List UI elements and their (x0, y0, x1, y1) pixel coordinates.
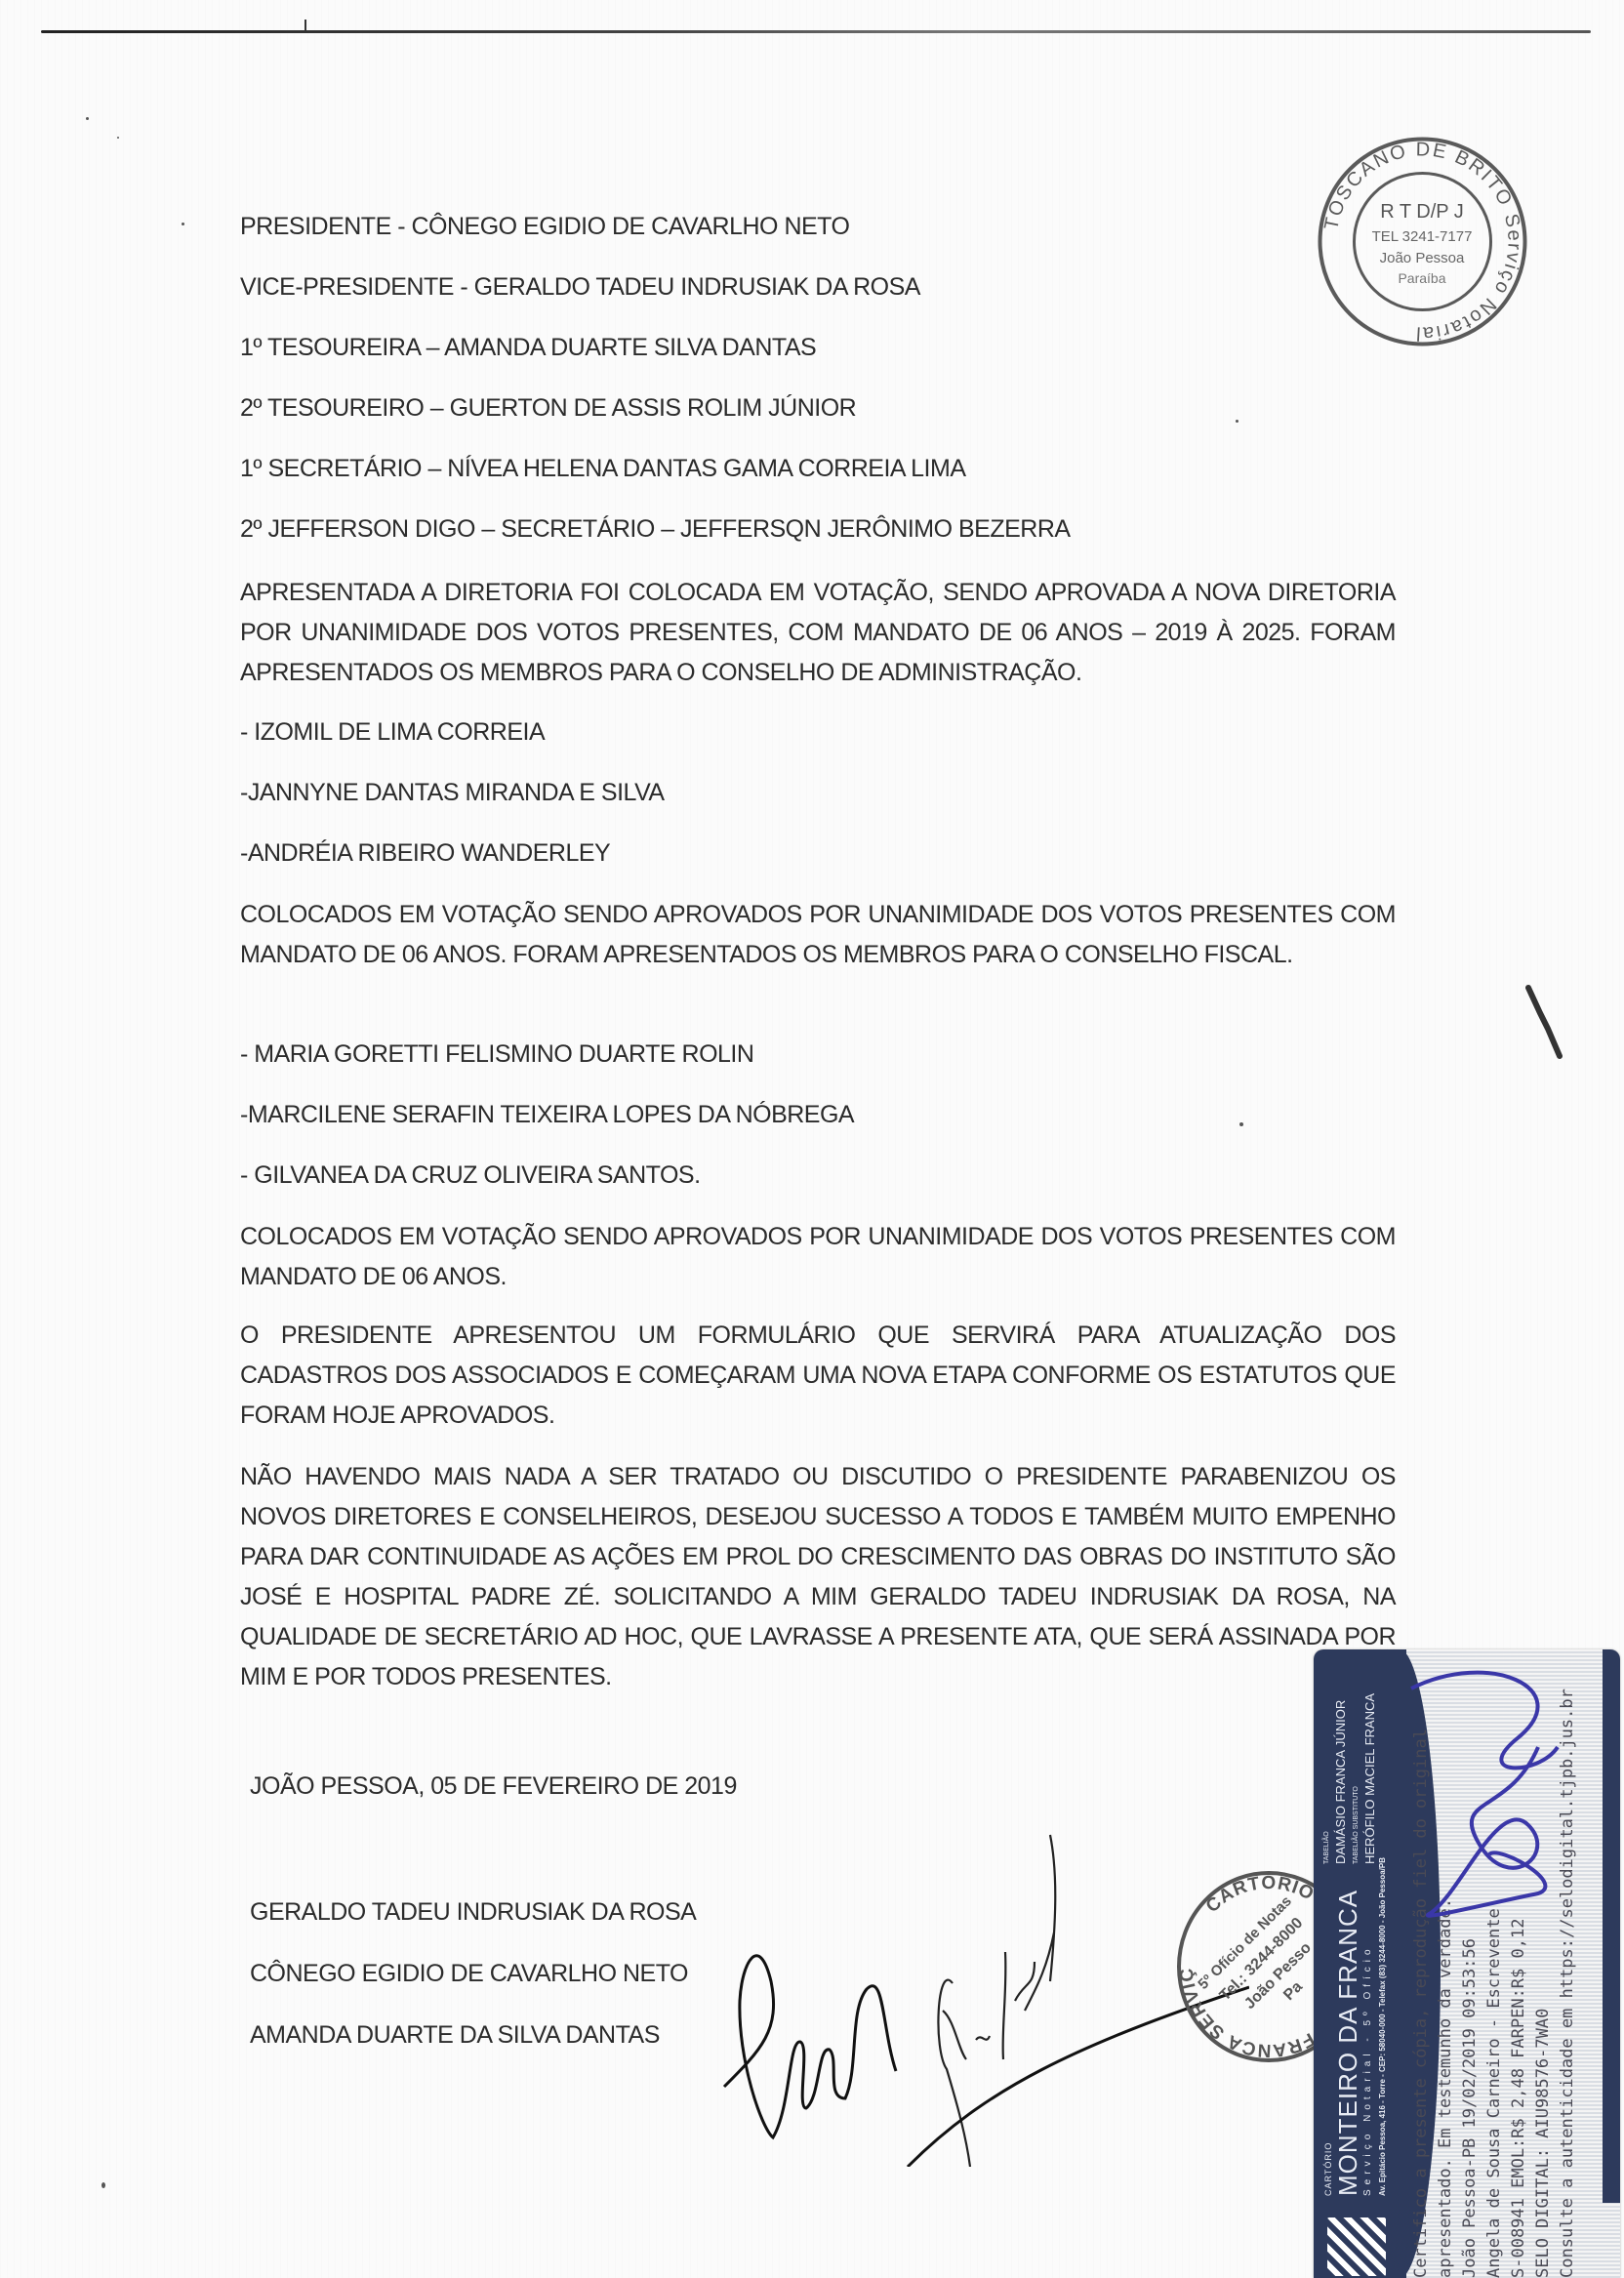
officer-line: 1º TESOUREIRA – AMANDA DUARTE SILVA DANT… (240, 334, 816, 362)
rtd-stamp-line: TEL 3241-7177 (1372, 228, 1473, 245)
seal-substituto-label: TABELIÃO SUBSTITUTO (1353, 1786, 1360, 1864)
signatory-name: GERALDO TADEU INDRUSIAK DA ROSA (250, 1898, 696, 1927)
admin-council-member: -JANNYNE DANTAS MIRANDA E SILVA (240, 779, 665, 807)
seal-auth-line: João Pessoa-PB 19/02/2019 09:53:56 (1460, 1938, 1480, 2278)
seal-auth-line: SELO DIGITAL: AIU98576-7WA0 (1533, 2009, 1553, 2278)
scan-speck (117, 137, 119, 139)
rtd-stamp-line: João Pessoa (1380, 250, 1465, 266)
scan-speck (1239, 1122, 1243, 1126)
fiscal-council-member: -MARCILENE SERAFIN TEIXEIRA LOPES DA NÓB… (240, 1101, 854, 1129)
seal-brand: MONTEIRO DA FRANCA (1333, 1890, 1363, 2196)
notary-stamp-line: Pa (1280, 1978, 1306, 2004)
fiscal-council-member: - GILVANEA DA CRUZ OLIVEIRA SANTOS. (240, 1161, 701, 1190)
paragraph-fiscal-council-approval: COLOCADOS EM VOTAÇÃO SENDO APROVADOS POR… (240, 1217, 1396, 1297)
officer-line: 2º TESOUREIRO – GUERTON DE ASSIS ROLIM J… (240, 394, 856, 423)
scan-speck (101, 2182, 105, 2188)
seal-auth-line: apresentado. Em testemunho da verdade. (1436, 1898, 1455, 2278)
officer-line: VICE-PRESIDENTE - GERALDO TADEU INDRUSIA… (240, 273, 920, 302)
scan-speck (86, 117, 89, 120)
scan-speck (182, 223, 184, 225)
rtd-stamp-line: Paraíba (1398, 270, 1445, 286)
admin-council-member: - IZOMIL DE LIMA CORREIA (240, 718, 545, 747)
seal-tabeliao-label: TABELIÃO (1323, 1831, 1330, 1864)
ink-smudge (1522, 984, 1571, 1062)
paragraph-registration-form: O PRESIDENTE APRESENTOU UM FORMULÁRIO QU… (240, 1316, 1396, 1436)
seal-auth-line: S-008941 EMOL:R$ 2,48 FARPEN:R$ 0,12 (1509, 1919, 1528, 2278)
fiscal-council-member: - MARIA GORETTI FELISMINO DUARTE ROLIN (240, 1040, 753, 1069)
place-and-date: JOÃO PESSOA, 05 DE FEVEREIRO DE 2019 (250, 1772, 737, 1801)
seal-address: Av. Epitácio Pessoa, 416 - Torre - CEP: … (1378, 1857, 1387, 2196)
seal-tabeliao: DAMÁSIO FRANCA JÚNIOR (1333, 1700, 1348, 1864)
notary-authentication-seal: CARTÓRIO MONTEIRO DA FRANCA Serviço Nota… (1314, 1649, 1620, 2278)
pen-initials (1392, 1649, 1616, 1942)
paragraph-closing: NÃO HAVENDO MAIS NADA A SER TRATADO OU D… (240, 1457, 1396, 1697)
handwritten-signatures (703, 1815, 1249, 2167)
officer-line: 2º JEFFERSON DIGO – SECRETÁRIO – JEFFERS… (240, 515, 1071, 544)
scan-speck (1236, 420, 1238, 423)
paragraph-admin-council-approval: COLOCADOS EM VOTAÇÃO SENDO APROVADOS POR… (240, 895, 1396, 975)
coat-of-arms-icon (1325, 2216, 1388, 2278)
officer-line: 1º SECRETÁRIO – NÍVEA HELENA DANTAS GAMA… (240, 455, 966, 483)
top-border-line (41, 30, 1591, 33)
seal-auth-line: Angela de Sousa Carneiro - Escrevente (1484, 1908, 1504, 2278)
rtd-stamp-line: R T D/P J (1380, 201, 1464, 223)
signatory-name: CÔNEGO EGIDIO DE CAVARLHO NETO (250, 1960, 688, 1988)
seal-subtitle: Serviço Notarial - 5º Ofício (1362, 1944, 1373, 2196)
signatory-name: AMANDA DUARTE DA SILVA DANTAS (250, 2021, 660, 2050)
admin-council-member: -ANDRÉIA RIBEIRO WANDERLEY (240, 839, 610, 868)
seal-brand-small: CARTÓRIO (1323, 2142, 1333, 2196)
paragraph-board-approval: APRESENTADA A DIRETORIA FOI COLOCADA EM … (240, 573, 1396, 693)
officer-line: PRESIDENTE - CÔNEGO EGIDIO DE CAVARLHO N… (240, 213, 849, 241)
seal-substituto: HERÓFILO MACIEL FRANCA (1362, 1693, 1377, 1864)
scanned-document-page: PRESIDENTE - CÔNEGO EGIDIO DE CAVARLHO N… (0, 0, 1624, 2278)
rtd-stamp: TOSCANO DE BRITO Serviço Notarial R T D/… (1313, 132, 1532, 351)
scan-mark (304, 20, 306, 31)
